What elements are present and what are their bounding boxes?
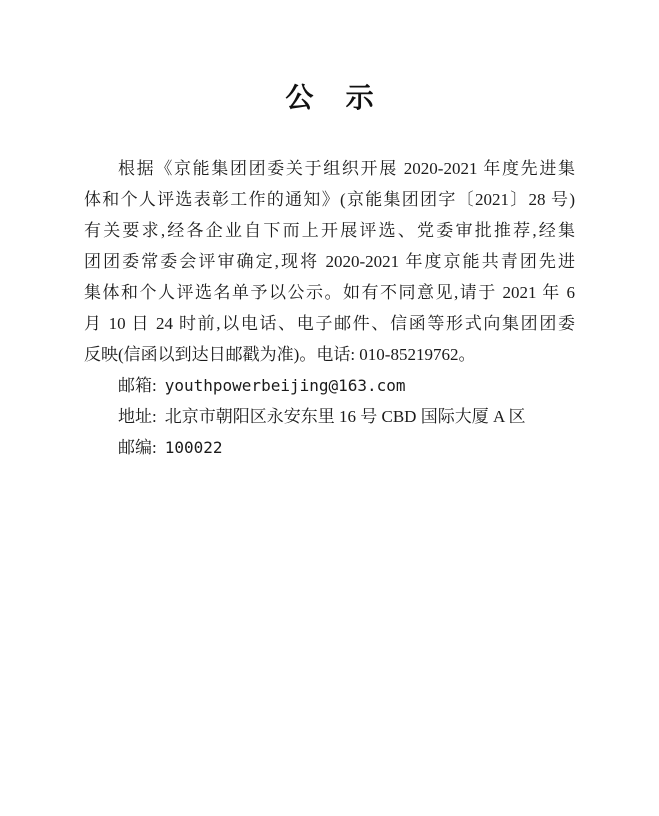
contact-address-value: 北京市朝阳区永安东里 16 号 CBD 国际大厦 A 区 [165, 407, 526, 426]
paragraph-line-2: 体和个人评选表彰工作的通知》(京能集团团字〔2021〕28 号) [84, 184, 575, 215]
contact-email-value: youthpowerbeijing@163.com [165, 376, 406, 395]
contact-postcode-value: 100022 [165, 438, 223, 457]
contact-address-label: 地址: [118, 407, 157, 426]
contact-postcode-label: 邮编: [118, 438, 157, 457]
paragraph-line-6: 月 10 日 24 时前,以电话、电子邮件、信函等形式向集团团委 [84, 308, 575, 339]
paragraph-line-4: 团团委常委会评审确定,现将 2020-2021 年度京能共青团先进 [84, 246, 575, 277]
paragraph-line-7: 反映(信函以到达日邮戳为准)。电话: 010-85219762。 [84, 339, 575, 370]
paragraph-line-3: 有关要求,经各企业自下而上开展评选、党委审批推荐,经集 [84, 215, 575, 246]
contact-email-label: 邮箱: [118, 376, 157, 395]
notice-title: 公 示 [84, 0, 575, 114]
paragraph-line-5: 集体和个人评选名单予以公示。如有不同意见,请于 2021 年 6 [84, 277, 575, 308]
contact-email-row: 邮箱:youthpowerbeijing@163.com [118, 370, 575, 401]
notice-body: 根据《京能集团团委关于组织开展 2020-2021 年度先进集 体和个人评选表彰… [84, 153, 575, 370]
contact-address-row: 地址:北京市朝阳区永安东里 16 号 CBD 国际大厦 A 区 [118, 401, 575, 432]
paragraph-line-1: 根据《京能集团团委关于组织开展 2020-2021 年度先进集 [84, 153, 575, 184]
contact-info: 邮箱:youthpowerbeijing@163.com 地址:北京市朝阳区永安… [84, 370, 575, 463]
contact-postcode-row: 邮编:100022 [118, 432, 575, 463]
document-page: 公 示 根据《京能集团团委关于组织开展 2020-2021 年度先进集 体和个人… [0, 0, 659, 816]
